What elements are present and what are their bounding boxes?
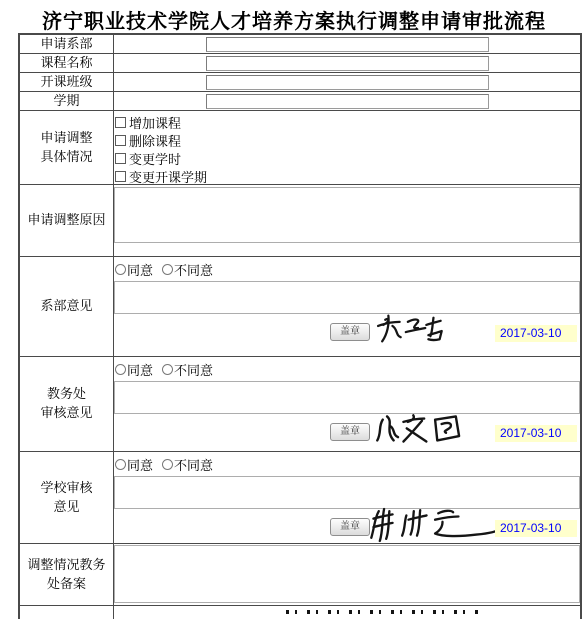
school-disagree-radio[interactable]: [162, 459, 173, 470]
record-label: 调整情况教务 处备案: [20, 544, 114, 605]
course-name-label: 课程名称: [20, 54, 114, 72]
department-comment-textarea[interactable]: [114, 281, 580, 314]
academic-office-comment-textarea[interactable]: [114, 381, 580, 414]
field-row-course-name: 课程名称: [20, 54, 580, 73]
checkbox-option-change-semester[interactable]: 变更开课学期: [114, 167, 580, 185]
record-section: 调整情况教务 处备案: [20, 544, 580, 606]
change-semester-checkbox[interactable]: [115, 171, 126, 182]
department-label: 申请系部: [20, 35, 114, 53]
school-stamp-button[interactable]: 盖章: [330, 518, 370, 536]
department-date-field[interactable]: [495, 325, 577, 342]
department-signature-image: [374, 312, 454, 346]
field-row-semester: 学期: [20, 92, 580, 111]
adjustment-section: 申请调整 具体情况 增加课程 删除课程 变更学时 变更开课学期: [20, 111, 580, 185]
reason-label: 申请调整原因: [20, 185, 114, 256]
academic-office-disagree-label[interactable]: 不同意: [174, 360, 213, 379]
academic-office-disagree-radio[interactable]: [162, 364, 173, 375]
approval-form-table: 申请系部 课程名称 开课班级 学期 申请调整 具体情况 增加课程: [18, 33, 582, 619]
reason-section: 申请调整原因: [20, 185, 580, 257]
department-stamp-line: 盖章: [114, 314, 580, 356]
change-hours-label: 变更学时: [129, 149, 181, 168]
add-course-label: 增加课程: [129, 113, 181, 132]
department-agree-radio[interactable]: [115, 264, 126, 275]
academic-office-opinion-section: 教务处 审核意见 同意 不同意 盖章: [20, 357, 580, 452]
clipped-text-row: [20, 606, 580, 619]
academic-office-opinion-radios: 同意 不同意: [114, 357, 580, 381]
department-opinion-radios: 同意 不同意: [114, 257, 580, 281]
department-disagree-radio[interactable]: [162, 264, 173, 275]
page-title: 济宁职业技术学院人才培养方案执行调整申请审批流程: [0, 5, 588, 34]
add-course-checkbox[interactable]: [115, 117, 126, 128]
change-semester-label: 变更开课学期: [129, 167, 207, 186]
academic-office-opinion-label: 教务处 审核意见: [20, 357, 114, 451]
checkbox-option-add-course[interactable]: 增加课程: [114, 113, 580, 131]
checkbox-option-change-hours[interactable]: 变更学时: [114, 149, 580, 167]
academic-office-stamp-line: 盖章: [114, 414, 580, 451]
clipped-text-fragments: [286, 610, 481, 614]
school-agree-label[interactable]: 同意: [127, 455, 153, 474]
department-opinion-label: 系部意见: [20, 257, 114, 356]
semester-input[interactable]: [206, 94, 489, 109]
department-stamp-button[interactable]: 盖章: [330, 323, 370, 341]
delete-course-label: 删除课程: [129, 131, 181, 150]
academic-office-agree-label[interactable]: 同意: [127, 360, 153, 379]
department-opinion-section: 系部意见 同意 不同意 盖章: [20, 257, 580, 357]
field-row-department: 申请系部: [20, 35, 580, 54]
course-name-input[interactable]: [206, 56, 489, 71]
school-opinion-radios: 同意 不同意: [114, 452, 580, 476]
school-disagree-label[interactable]: 不同意: [174, 455, 213, 474]
clipped-row-label: [20, 606, 114, 619]
school-date-field[interactable]: [495, 520, 577, 537]
academic-office-agree-radio[interactable]: [115, 364, 126, 375]
change-hours-checkbox[interactable]: [115, 153, 126, 164]
academic-office-stamp-button[interactable]: 盖章: [330, 423, 370, 441]
delete-course-checkbox[interactable]: [115, 135, 126, 146]
reason-textarea[interactable]: [114, 187, 580, 243]
school-opinion-label: 学校审核 意见: [20, 452, 114, 543]
academic-office-date-field[interactable]: [495, 425, 577, 442]
class-label: 开课班级: [20, 73, 114, 91]
class-input[interactable]: [206, 75, 489, 90]
department-agree-label[interactable]: 同意: [127, 260, 153, 279]
school-comment-textarea[interactable]: [114, 476, 580, 509]
school-stamp-line: 盖章: [114, 509, 580, 543]
school-opinion-section: 学校审核 意见 同意 不同意 盖章: [20, 452, 580, 544]
checkbox-option-delete-course[interactable]: 删除课程: [114, 131, 580, 149]
semester-label: 学期: [20, 92, 114, 110]
department-disagree-label[interactable]: 不同意: [174, 260, 213, 279]
academic-office-signature-image: [374, 412, 470, 447]
adjustment-label: 申请调整 具体情况: [20, 111, 114, 184]
record-textarea[interactable]: [114, 545, 580, 603]
field-row-class: 开课班级: [20, 73, 580, 92]
school-agree-radio[interactable]: [115, 459, 126, 470]
department-input[interactable]: [206, 37, 489, 52]
